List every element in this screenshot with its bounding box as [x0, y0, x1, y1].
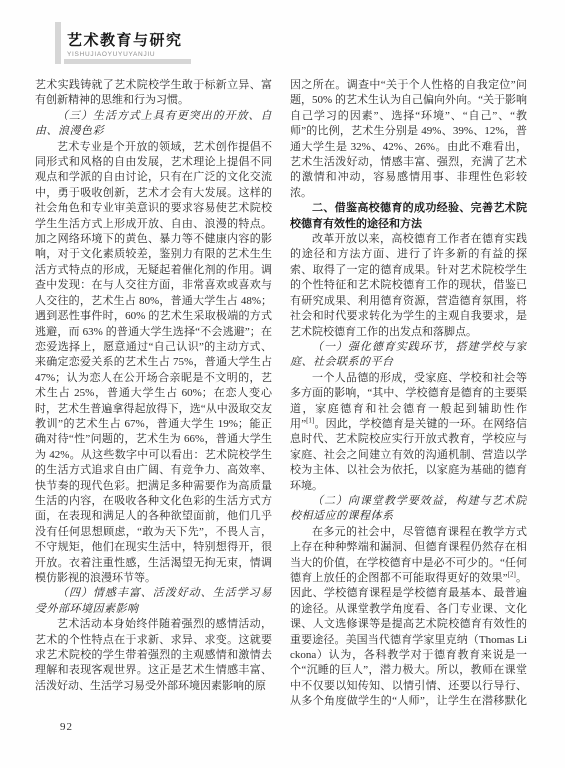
section-heading-two: 二、借鉴高校德育的成功经验、完善艺术院校德育有效性的途径和方法 — [290, 201, 527, 232]
paragraph-text: 在多元的社会中，尽管德育课程在教学方式上存在种种弊端和漏洞、但德育课程仍然存在相… — [290, 526, 527, 584]
subsection-heading-two: （二）向课堂教学要效益，构建与艺术院校相适应的课程体系 — [290, 494, 527, 525]
journal-title-pinyin: YISHUJIAOYUYUYANJIU — [67, 51, 183, 58]
article-body: 艺术实践铸就了艺术院校学生敢于标新立异、富有创新精神的思维和行为习惯。 （三）生… — [35, 78, 527, 708]
header-accent-bar — [55, 22, 61, 64]
paragraph: 改革开放以来，高校德育工作者在德育实践的途径和方法方面、进行了许多新的有益的探索… — [290, 232, 527, 340]
paragraph-with-footnote: 在多元的社会中，尽管德育课程在教学方式上存在种种弊端和漏洞、但德育课程仍然存在相… — [290, 525, 527, 708]
subsection-heading-one: （一）强化德育实践环节，搭建学校与家庭、社会联系的平台 — [290, 340, 527, 371]
subsection-heading-three: （三）生活方式上具有更突出的开放、自由、浪漫色彩 — [35, 109, 272, 140]
journal-title-box: 艺术教育与研究 YISHUJIAOYUYUYANJIU — [64, 22, 191, 64]
subsection-heading-four: （四）情感丰富、活泼好动、生活学习易受外部环境因素影响 — [35, 586, 272, 617]
paragraph: 艺术专业是个开放的领域，艺术创作提倡不同形式和风格的自由发展，艺术理论上提倡不同… — [35, 140, 272, 587]
journal-header: 艺术教育与研究 YISHUJIAOYUYUYANJIU — [55, 22, 191, 64]
journal-page: 艺术教育与研究 YISHUJIAOYUYUYANJIU 艺术实践铸就了艺术院校学… — [0, 0, 565, 768]
page-number: 92 — [60, 721, 73, 733]
journal-title: 艺术教育与研究 — [67, 33, 183, 50]
paragraph-continuation: 因之所在。调查中“关于个人性格的自我定位”问题，50% 的艺术生认为自己偏向外向… — [290, 78, 527, 201]
paragraph-text: 。因此、学校德育课程是学校德育最基本、最普遍的途径。从课堂教学角度看、各门专业课… — [290, 572, 527, 708]
right-column: 因之所在。调查中“关于个人性格的自我定位”问题，50% 的艺术生认为自己偏向外向… — [290, 78, 527, 708]
paragraph-text: 。因此，学校德育是关键的一环。在网络信息时代、艺术院校应实行开放式教育，学校应与… — [290, 418, 527, 492]
paragraph-with-footnote: 一个人品德的形成，受家庭、学校和社会等多方面的影响，“其中、学校德育是德育的主要… — [290, 371, 527, 494]
footnote-reference-2: [2] — [508, 570, 516, 578]
paragraph: 艺术活动本身始终伴随着强烈的感情活动，艺术的个性特点在于求新、求异、求变。这就要… — [35, 617, 272, 694]
left-column: 艺术实践铸就了艺术院校学生敢于标新立异、富有创新精神的思维和行为习惯。 （三）生… — [35, 78, 272, 708]
paragraph-continuation: 艺术实践铸就了艺术院校学生敢于标新立异、富有创新精神的思维和行为习惯。 — [35, 78, 272, 109]
